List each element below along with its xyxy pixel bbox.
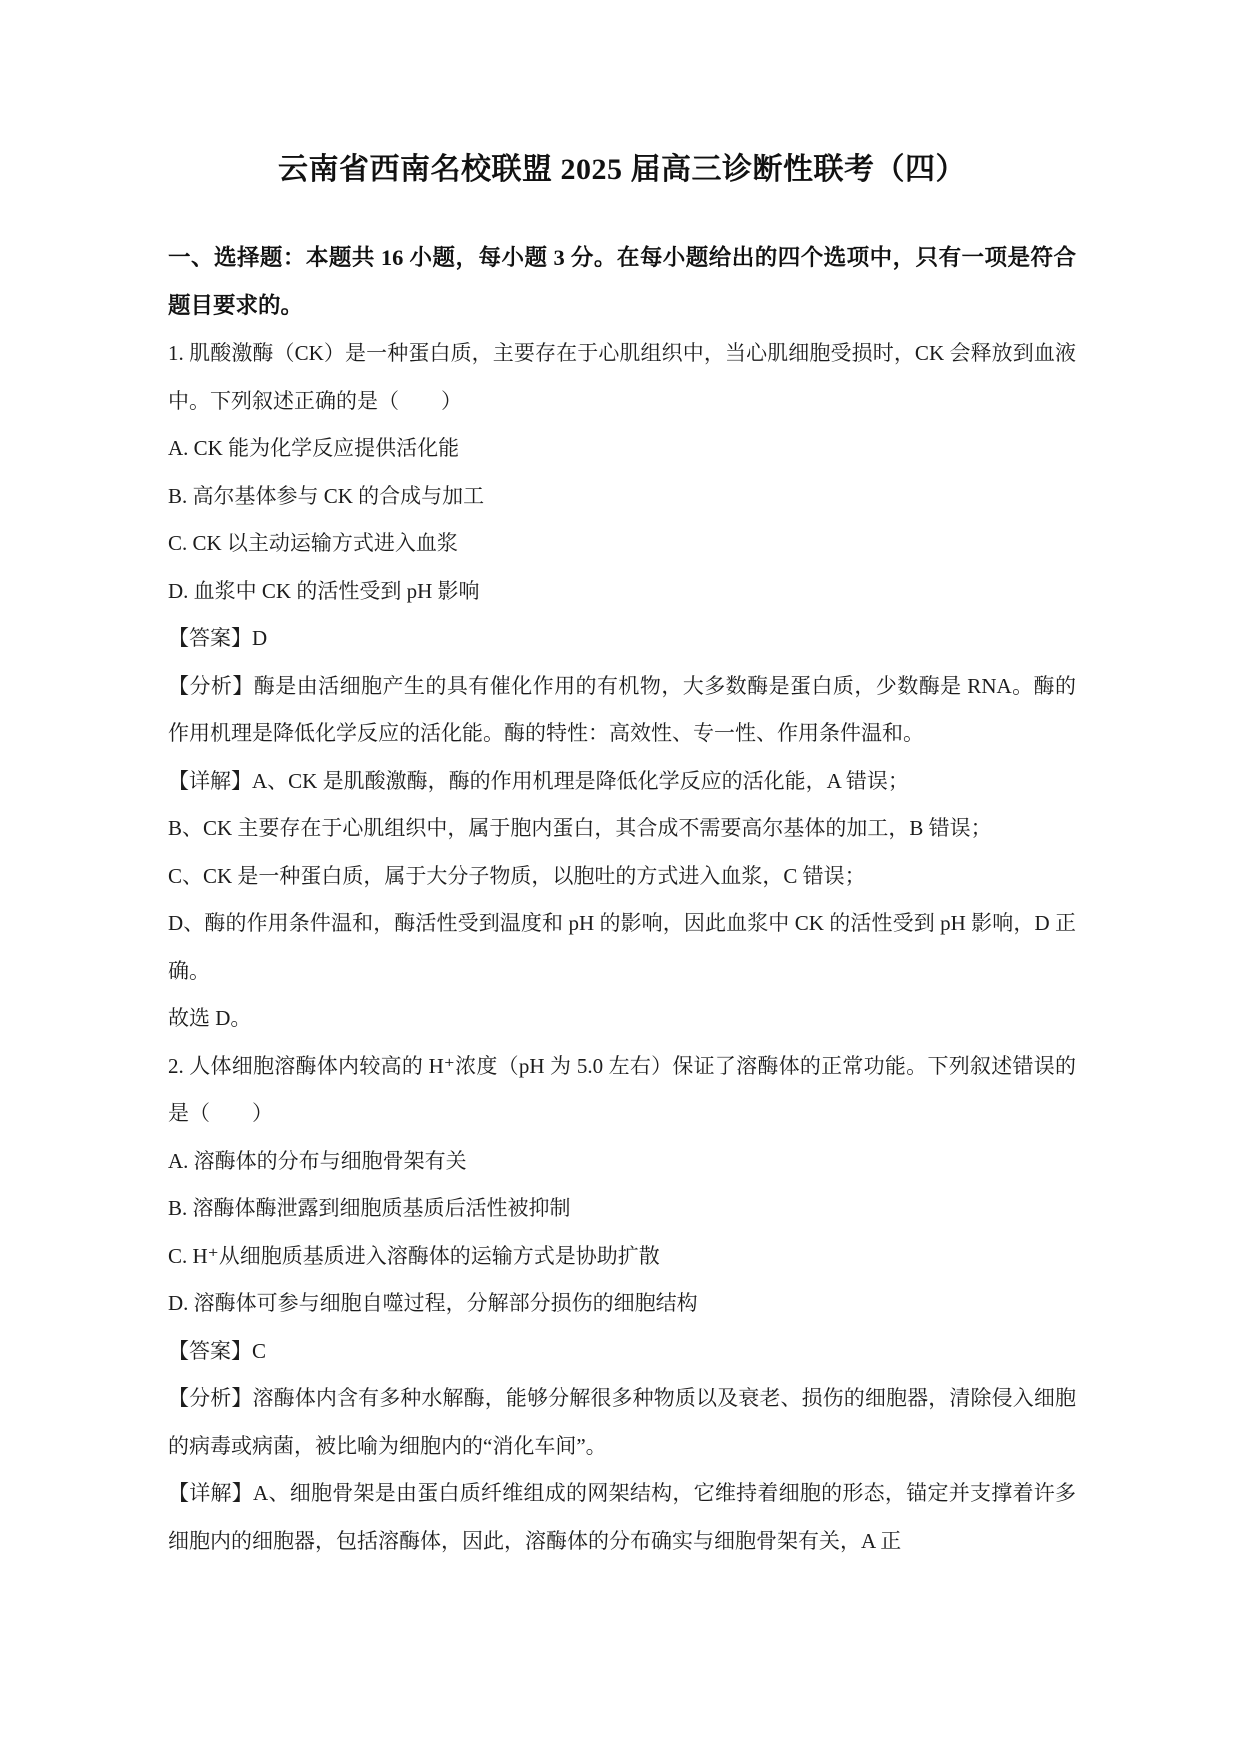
document-page: 云南省西南名校联盟 2025 届高三诊断性联考（四） 一、选择题：本题共 16 … bbox=[0, 0, 1240, 1754]
question-1-option-a: A. CK 能为化学反应提供活化能 bbox=[168, 425, 1076, 473]
question-1-answer: 【答案】D bbox=[168, 615, 1076, 663]
question-1-stem: 1. 肌酸激酶（CK）是一种蛋白质，主要存在于心肌组织中，当心肌细胞受损时，CK… bbox=[168, 330, 1076, 425]
question-1: 1. 肌酸激酶（CK）是一种蛋白质，主要存在于心肌组织中，当心肌细胞受损时，CK… bbox=[168, 330, 1076, 1043]
question-2-explanation-a: 【详解】A、细胞骨架是由蛋白质纤维组成的网架结构，它维持着细胞的形态，锚定并支撑… bbox=[168, 1470, 1076, 1565]
section-header: 一、选择题：本题共 16 小题，每小题 3 分。在每小题给出的四个选项中，只有一… bbox=[168, 234, 1076, 330]
page-title: 云南省西南名校联盟 2025 届高三诊断性联考（四） bbox=[168, 146, 1076, 194]
question-2-stem: 2. 人体细胞溶酶体内较高的 H⁺浓度（pH 为 5.0 左右）保证了溶酶体的正… bbox=[168, 1043, 1076, 1138]
question-1-analysis: 【分析】酶是由活细胞产生的具有催化作用的有机物，大多数酶是蛋白质，少数酶是 RN… bbox=[168, 663, 1076, 758]
question-2-answer: 【答案】C bbox=[168, 1328, 1076, 1376]
question-2-option-b: B. 溶酶体酶泄露到细胞质基质后活性被抑制 bbox=[168, 1185, 1076, 1233]
question-2-option-a: A. 溶酶体的分布与细胞骨架有关 bbox=[168, 1138, 1076, 1186]
question-1-explanation-c: C、CK 是一种蛋白质，属于大分子物质，以胞吐的方式进入血浆，C 错误； bbox=[168, 853, 1076, 901]
question-2-analysis: 【分析】溶酶体内含有多种水解酶，能够分解很多种物质以及衰老、损伤的细胞器，清除侵… bbox=[168, 1375, 1076, 1470]
question-2-option-d: D. 溶酶体可参与细胞自噬过程，分解部分损伤的细胞结构 bbox=[168, 1280, 1076, 1328]
question-1-option-b: B. 高尔基体参与 CK 的合成与加工 bbox=[168, 473, 1076, 521]
question-1-option-d: D. 血浆中 CK 的活性受到 pH 影响 bbox=[168, 568, 1076, 616]
question-1-conclusion: 故选 D。 bbox=[168, 995, 1076, 1043]
question-1-explanation-d: D、酶的作用条件温和，酶活性受到温度和 pH 的影响，因此血浆中 CK 的活性受… bbox=[168, 900, 1076, 995]
question-2: 2. 人体细胞溶酶体内较高的 H⁺浓度（pH 为 5.0 左右）保证了溶酶体的正… bbox=[168, 1043, 1076, 1566]
question-1-explanation-b: B、CK 主要存在于心肌组织中，属于胞内蛋白，其合成不需要高尔基体的加工，B 错… bbox=[168, 805, 1076, 853]
question-2-option-c: C. H⁺从细胞质基质进入溶酶体的运输方式是协助扩散 bbox=[168, 1233, 1076, 1281]
question-1-explanation-a: 【详解】A、CK 是肌酸激酶，酶的作用机理是降低化学反应的活化能，A 错误； bbox=[168, 758, 1076, 806]
question-1-option-c: C. CK 以主动运输方式进入血浆 bbox=[168, 520, 1076, 568]
